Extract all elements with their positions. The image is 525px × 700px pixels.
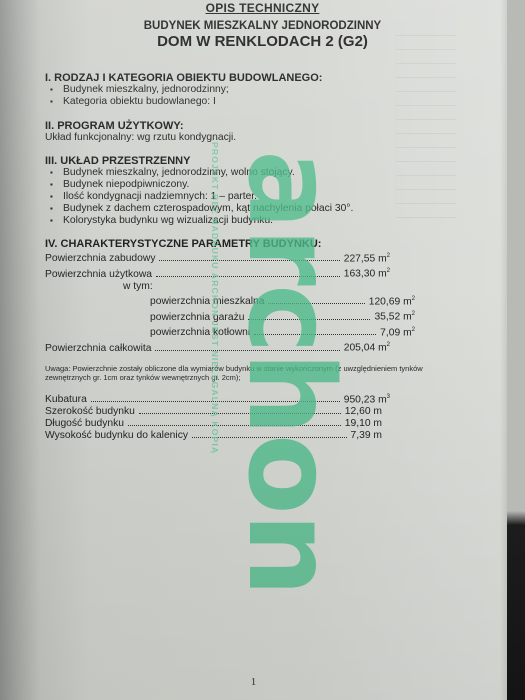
background-edge	[507, 0, 525, 700]
document-subtitle: BUDYNEK MIESZKALNY JEDNORODZINNY	[0, 20, 507, 32]
section-1-list: Budynek mieszkalny, jednorodzinny; Kateg…	[45, 84, 465, 108]
project-name: DOM W RENKLODACH 2 (G2)	[0, 33, 507, 50]
watermark-legal-text: PROJEKT BEZ NADRUKU ARCHON JEST NIELEGAL…	[210, 142, 220, 454]
document-page: OPIS TECHNICZNY BUDYNEK MIESZKALNY JEDNO…	[0, 0, 507, 700]
section-2-text: Układ funkcjonalny: wg rzutu kondygnacji…	[45, 132, 465, 144]
section-1-heading: I. RODZAJ I KATEGORIA OBIEKTU BUDOWLANEG…	[45, 72, 465, 84]
section-2-heading: II. PROGRAM UŻYTKOWY:	[45, 120, 465, 132]
page-number: 1	[0, 676, 507, 688]
list-item: Kategoria obiektu budowlanego: I	[50, 96, 465, 108]
list-item: Budynek mieszkalny, jednorodzinny;	[50, 84, 465, 96]
document-title: OPIS TECHNICZNY	[0, 1, 507, 15]
archon-watermark: archon	[232, 150, 350, 595]
